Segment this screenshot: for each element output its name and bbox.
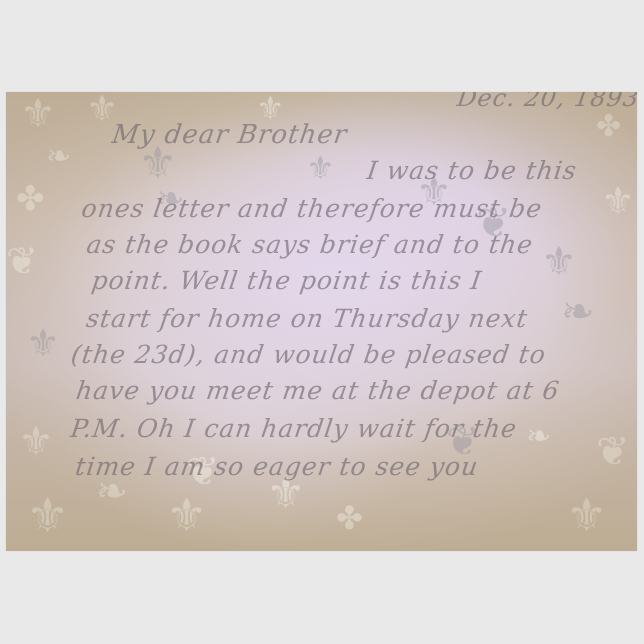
vintage-letter-paper: ⚜ ⚜ ❧ ✤ ❦ ⚜ ⚜ ❧ ⚜ ❦ ⚜ ✤ ⚜ ❦ ❧ ⚜ ✤ ⚜ ⚜ ❧ …	[6, 92, 637, 551]
letter-line: I was to be this	[365, 156, 579, 185]
letter-line: start for home on Thursday next	[84, 304, 529, 333]
letter-date: Dec. 20, 1893	[455, 92, 637, 112]
letter-line: ones letter and therefore must be	[80, 194, 544, 223]
handwritten-letter: Dec. 20, 1893 My dear Brother I was to b…	[6, 92, 637, 551]
letter-line: as the book says brief and to the	[85, 230, 535, 259]
letter-line: point. Well the point is this I	[90, 266, 484, 295]
letter-salutation: My dear Brother	[110, 120, 349, 150]
letter-line: time I am so eager to see you	[74, 452, 481, 481]
letter-line: P.M. Oh I can hardly wait for the	[69, 414, 519, 443]
letter-line: have you meet me at the depot at 6	[74, 376, 561, 405]
product-photo: ⚜ ⚜ ❧ ✤ ❦ ⚜ ⚜ ❧ ⚜ ❦ ⚜ ✤ ⚜ ❦ ❧ ⚜ ✤ ⚜ ⚜ ❧ …	[0, 0, 644, 644]
letter-line: (the 23d), and would be pleased to	[69, 340, 548, 369]
